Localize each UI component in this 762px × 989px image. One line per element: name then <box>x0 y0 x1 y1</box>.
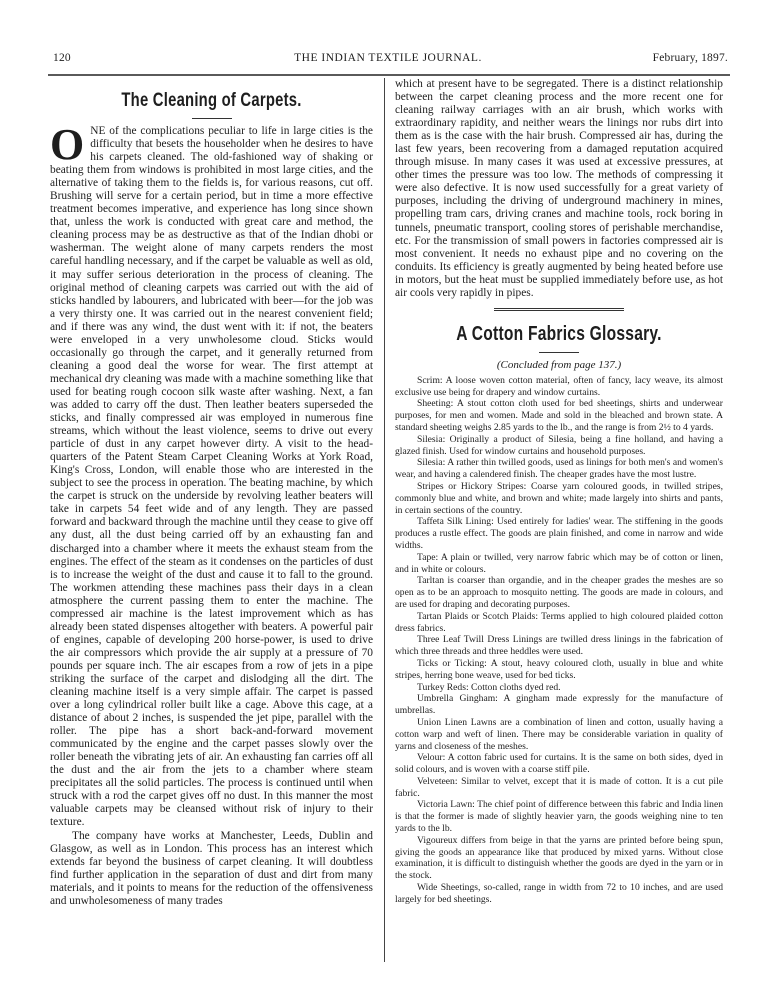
glossary-entry: Three Leaf Twill Dress Linings are twill… <box>395 634 723 658</box>
title-rule <box>539 352 579 353</box>
glossary-entry: Tartan Plaids or Scotch Plaids: Terms ap… <box>395 611 723 635</box>
glossary-list: Scrim: A loose woven cotton material, of… <box>395 375 723 906</box>
title-rule <box>192 118 232 119</box>
glossary-entry: Tape: A plain or twilled, very narrow fa… <box>395 552 723 576</box>
glossary-entry: Taffeta Silk Lining: Used entirely for l… <box>395 516 723 551</box>
left-column: The Cleaning of Carpets. ONE of the comp… <box>50 78 373 908</box>
glossary-entry: Union Linen Lawns are a combination of l… <box>395 717 723 752</box>
drop-cap: O <box>50 127 84 163</box>
paragraph-text: NE of the complications peculiar to life… <box>50 125 373 828</box>
journal-title: THE INDIAN TEXTILE JOURNAL. <box>48 52 728 64</box>
glossary-entry: Wide Sheetings, so-called, range in widt… <box>395 882 723 906</box>
glossary-entry: Silesia: Originally a product of Silesia… <box>395 434 723 458</box>
header-rule <box>48 74 730 76</box>
article-continuation: which at present have to be segregated. … <box>395 78 723 300</box>
glossary-entry: Sheeting: A stout cotton cloth used for … <box>395 398 723 433</box>
article-paragraph-1: ONE of the complications peculiar to lif… <box>50 125 373 830</box>
article-title-cotton-glossary: A Cotton Fabrics Glossary. <box>431 323 687 346</box>
article-paragraph-3: which at present have to be segregated. … <box>395 78 723 300</box>
section-separator <box>494 308 624 311</box>
glossary-entry: Silesia: A rather thin twilled goods, us… <box>395 457 723 481</box>
glossary-entry: Stripes or Hickory Stripes: Coarse yarn … <box>395 481 723 516</box>
glossary-entry: Scrim: A loose woven cotton material, of… <box>395 375 723 399</box>
article-subtitle: (Concluded from page 137.) <box>395 359 723 371</box>
journal-page: 120 THE INDIAN TEXTILE JOURNAL. February… <box>0 0 762 989</box>
glossary-entry: Velour: A cotton fabric used for curtain… <box>395 752 723 776</box>
right-column: which at present have to be segregated. … <box>395 78 723 906</box>
article-title-cleaning-carpets: The Cleaning of Carpets. <box>86 90 338 112</box>
glossary-entry: Umbrella Gingham: A gingham made express… <box>395 693 723 717</box>
column-divider <box>384 78 385 962</box>
glossary-entry: Turkey Reds: Cotton cloths dyed red. <box>395 682 723 694</box>
article-paragraph-2: The company have works at Manchester, Le… <box>50 830 373 908</box>
glossary-entry: Vigoureux differs from beige in that the… <box>395 835 723 882</box>
glossary-entry: Ticks or Ticking: A stout, heavy coloure… <box>395 658 723 682</box>
page-header: 120 THE INDIAN TEXTILE JOURNAL. February… <box>48 52 728 70</box>
glossary-entry: Tarltan is coarser than organdie, and in… <box>395 575 723 610</box>
glossary-entry: Victoria Lawn: The chief point of differ… <box>395 799 723 834</box>
article-body-cleaning-carpets: ONE of the complications peculiar to lif… <box>50 125 373 908</box>
glossary-entry: Velveteen: Similar to velvet, except tha… <box>395 776 723 800</box>
issue-date: February, 1897. <box>653 52 728 64</box>
